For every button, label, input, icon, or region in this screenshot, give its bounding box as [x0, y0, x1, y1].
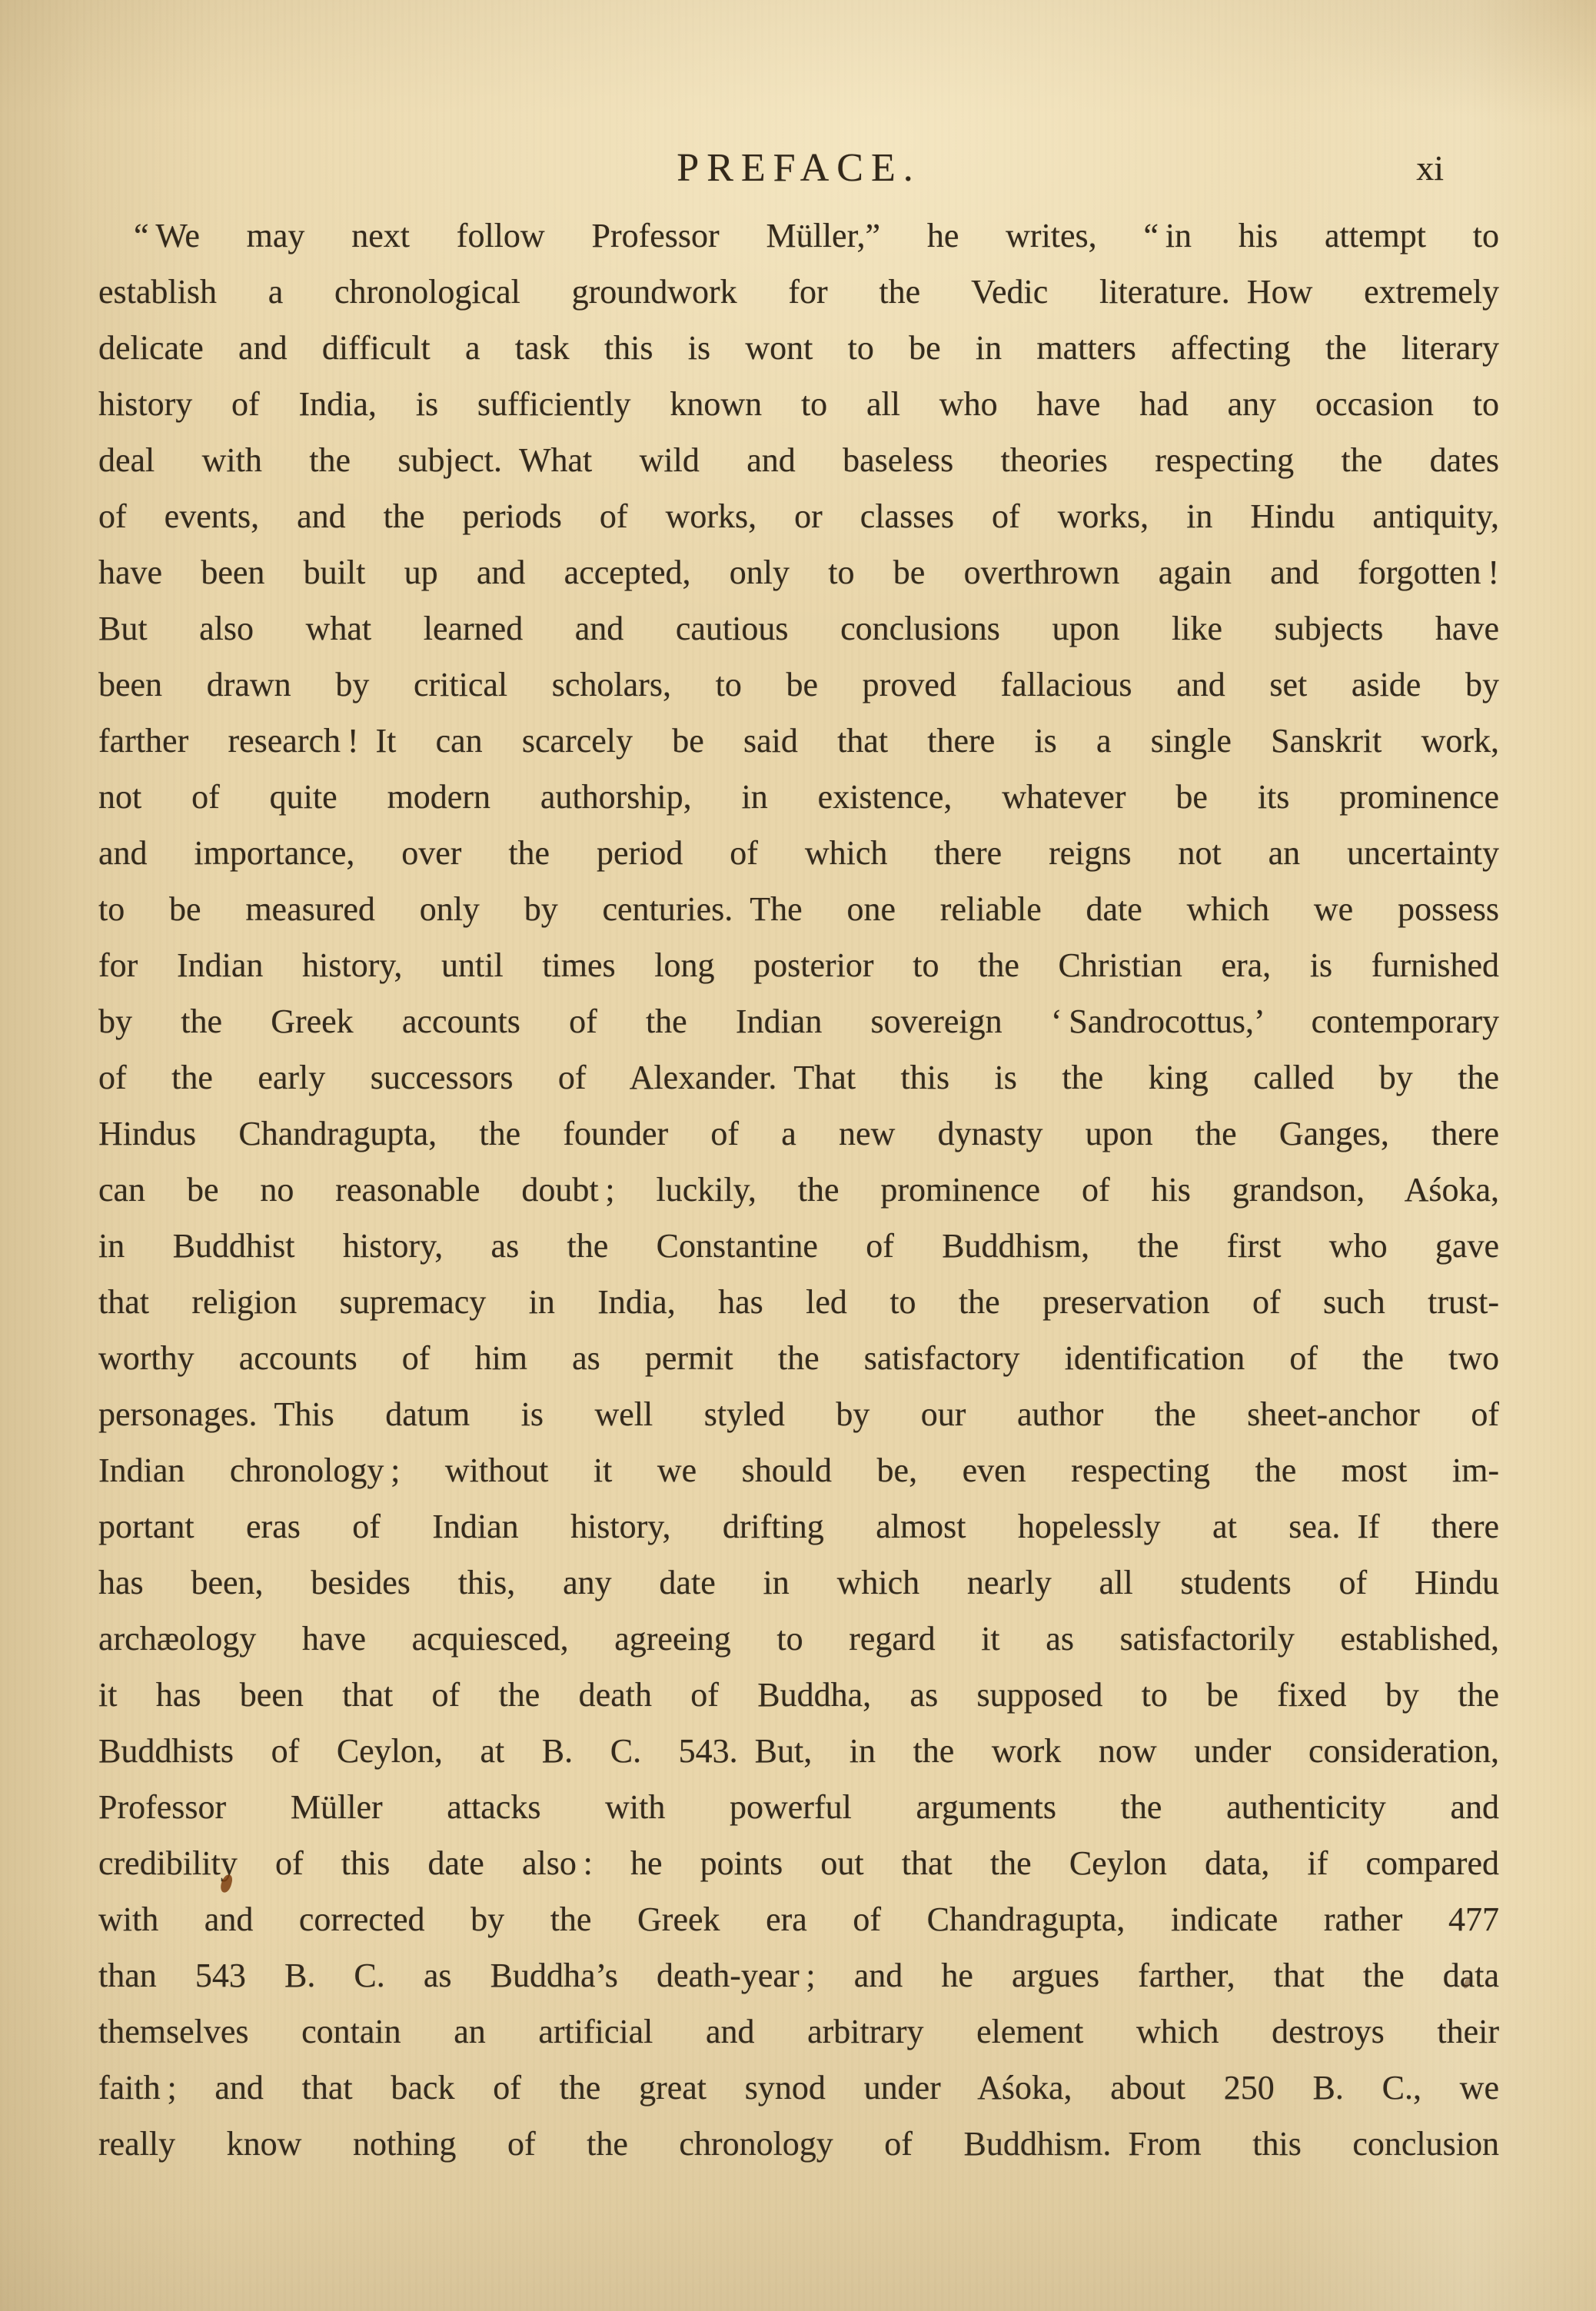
text-line: personages. This datum is well styled by… [98, 1386, 1499, 1442]
text-line: for Indian history, until times long pos… [98, 937, 1499, 993]
text-line: that religion supremacy in India, has le… [98, 1274, 1499, 1330]
text-line: in Buddhist history, as the Constantine … [98, 1218, 1499, 1274]
text-line: faith ; and that back of the great synod… [98, 2060, 1499, 2116]
text-line: establish a chronological groundwork for… [98, 264, 1499, 320]
text-line: farther research ! It can scarcely be sa… [98, 713, 1499, 769]
text-line: But also what learned and cautious concl… [98, 600, 1499, 657]
text-line: of the early successors of Alexander. Th… [98, 1049, 1499, 1106]
text-line: by the Greek accounts of the Indian sove… [98, 993, 1499, 1049]
page-title: PREFACE. [98, 148, 1499, 188]
text-line: it has been that of the death of Buddha,… [98, 1667, 1499, 1723]
text-line: Professor Müller attacks with powerful a… [98, 1779, 1499, 1835]
text-line: Buddhists of Ceylon, at B. C. 543. But, … [98, 1723, 1499, 1779]
text-line: portant eras of Indian history, drifting… [98, 1498, 1499, 1555]
preface-paragraph: “ We may next follow Professor Müller,” … [98, 208, 1499, 2172]
text-line: Hindus Chandragupta, the founder of a ne… [98, 1106, 1499, 1162]
text-line: delicate and difficult a task this is wo… [98, 320, 1499, 376]
text-line: history of India, is sufficiently known … [98, 376, 1499, 432]
text-line: to be measured only by centuries. The on… [98, 881, 1499, 937]
text-line: credibility of this date also : he point… [98, 1835, 1499, 1891]
text-line: and importance, over the period of which… [98, 825, 1499, 881]
text-line: have been built up and accepted, only to… [98, 544, 1499, 600]
text-line: worthy accounts of him as permit the sat… [98, 1330, 1499, 1386]
page-number: xi [1416, 148, 1444, 188]
text-line: has been, besides this, any date in whic… [98, 1555, 1499, 1611]
text-line: themselves contain an artificial and arb… [98, 2003, 1499, 2060]
text-line: of events, and the periods of works, or … [98, 488, 1499, 544]
book-page: PREFACE. xi “ We may next follow Profess… [0, 0, 1596, 2311]
text-line: really know nothing of the chronology of… [98, 2116, 1499, 2172]
text-line: deal with the subject. What wild and bas… [98, 432, 1499, 488]
text-line: Indian chronology ; without it we should… [98, 1442, 1499, 1498]
text-line: not of quite modern authorship, in exist… [98, 769, 1499, 825]
text-line: can be no reasonable doubt ; luckily, th… [98, 1162, 1499, 1218]
text-line: “ We may next follow Professor Müller,” … [98, 208, 1499, 264]
text-line: than 543 B. C. as Buddha’s death-year ; … [98, 1947, 1499, 2003]
text-line: been drawn by critical scholars, to be p… [98, 657, 1499, 713]
text-line: with and corrected by the Greek era of C… [98, 1891, 1499, 1947]
text-line: archæology have acquiesced, agreeing to … [98, 1611, 1499, 1667]
page-header: PREFACE. xi [98, 148, 1499, 188]
